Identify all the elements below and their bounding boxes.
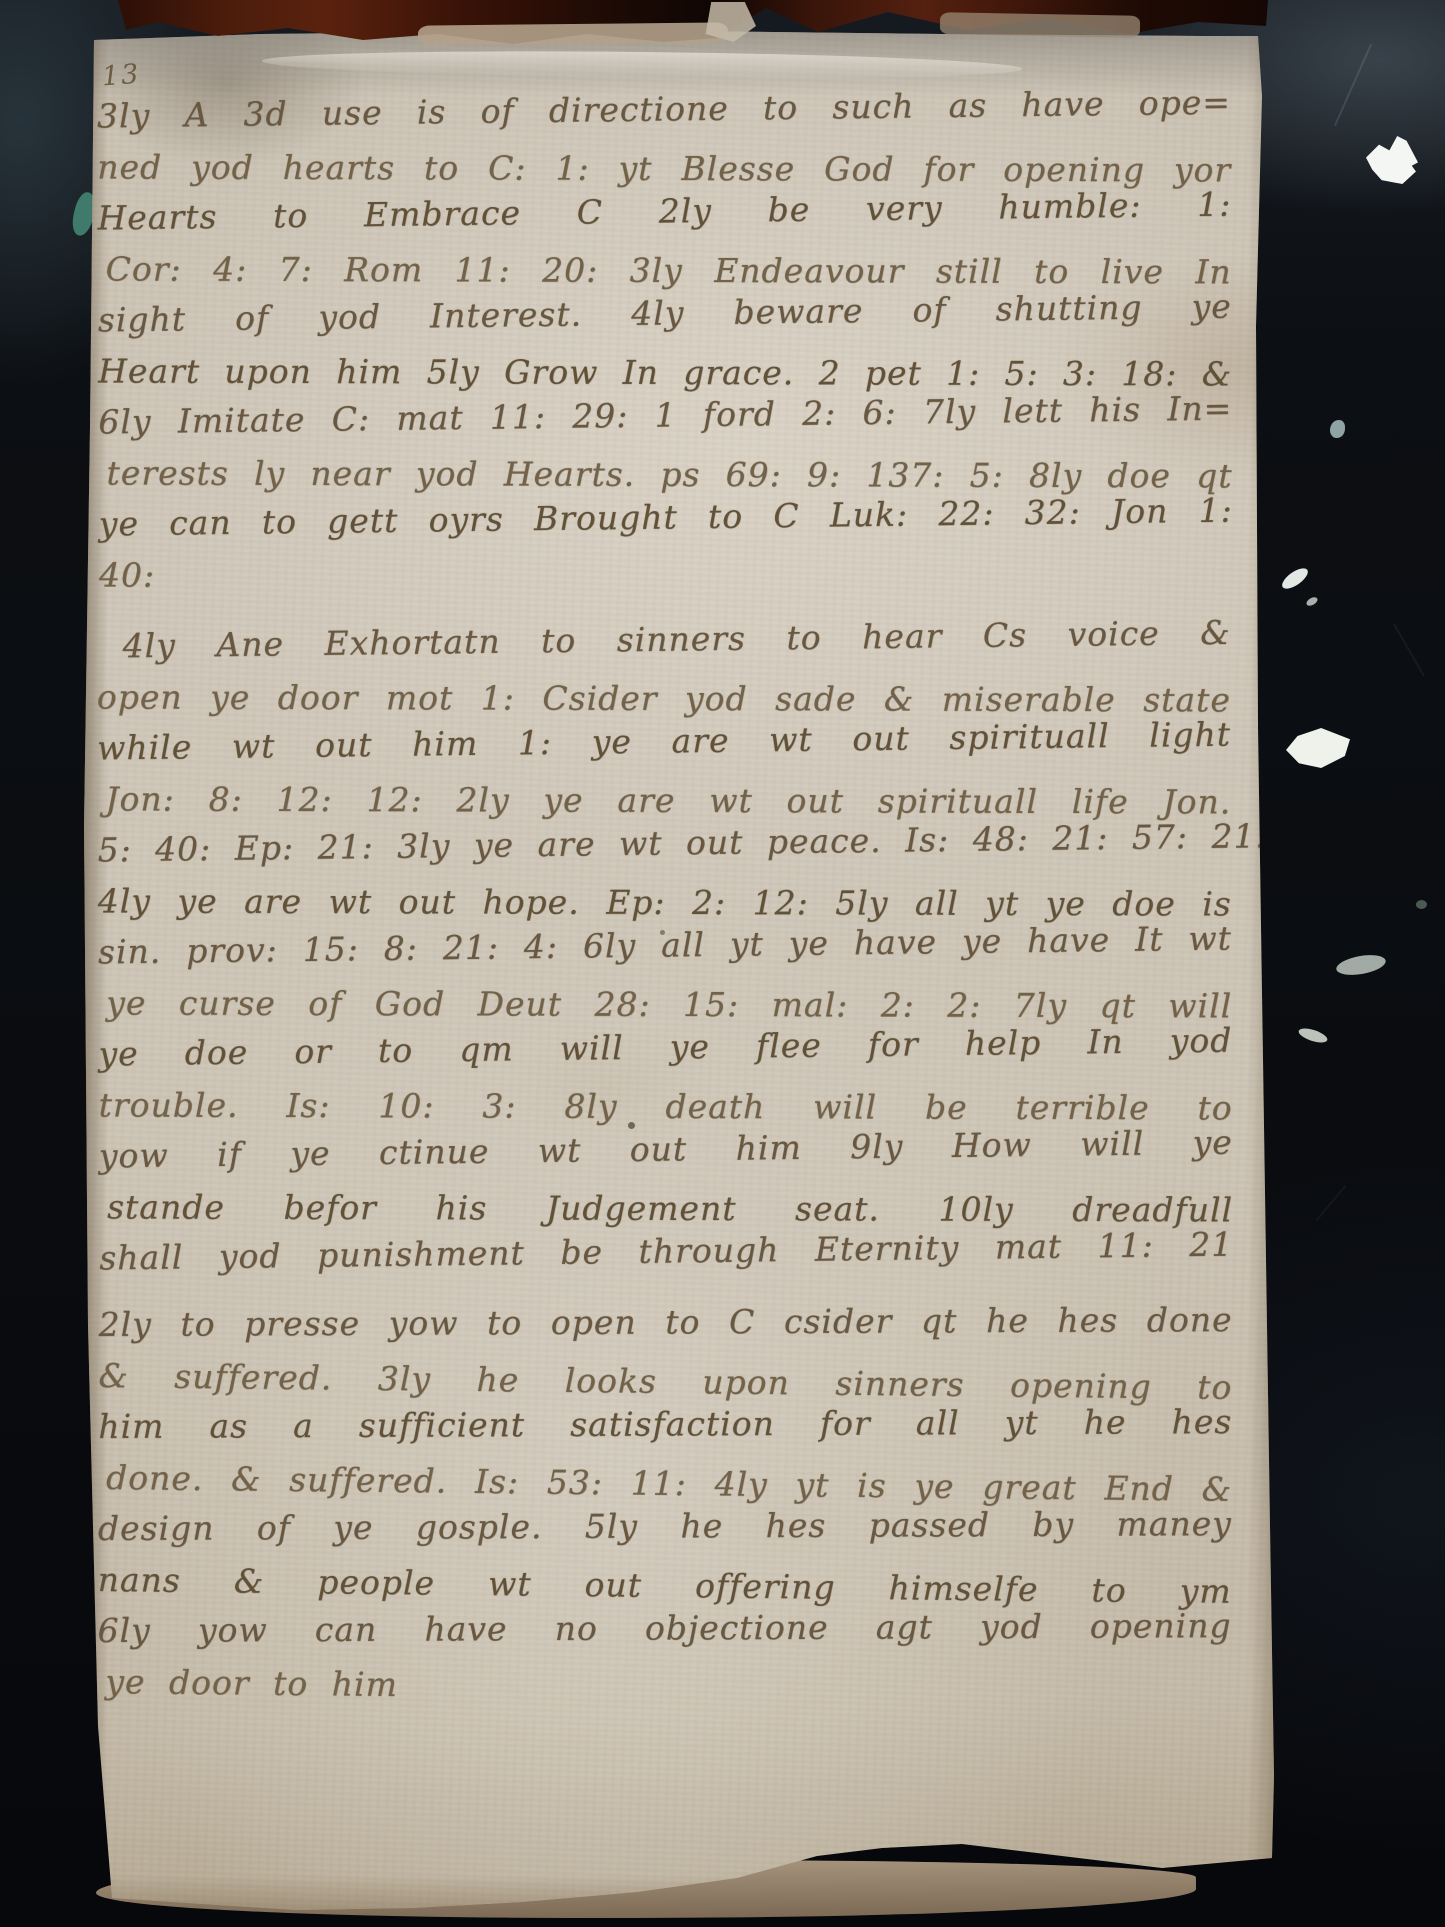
manuscript-text: 3ly A 3d use is of directione to such as…	[98, 88, 1232, 1727]
manuscript-line: ye door to him	[105, 1656, 1231, 1719]
paint-speck	[1416, 900, 1427, 909]
manuscript-line: him as a sufficient satisfaction for all…	[98, 1396, 1232, 1452]
manuscript-line: 4ly Ane Exhortatn to sinners to hear Cs …	[122, 607, 1231, 672]
binding-paper-fragment	[418, 22, 728, 45]
manuscript-line: 2ly to presse yow to open to C csider qt…	[99, 1294, 1233, 1350]
manuscript-line: 40:	[99, 549, 1233, 603]
backdrop-scratch	[1334, 43, 1372, 126]
manuscript-page: 13 3ly A 3d use is of directione to such…	[82, 26, 1278, 1921]
binding-paper-fragment	[940, 12, 1140, 37]
manuscript-paragraph: 2ly to presse yow to open to C csider qt…	[97, 1299, 1232, 1711]
manuscript-paragraph: 4ly Ane Exhortatn to sinners to hear Cs …	[97, 616, 1234, 1284]
manuscript-line: design of ye gosple. 5ly he hes passed b…	[98, 1498, 1232, 1554]
photograph-canvas: { "page_meta": { "page_number": "13" }, …	[0, 0, 1445, 1927]
manuscript-paragraph: 3ly A 3d use is of directione to such as…	[97, 86, 1233, 601]
backdrop-scratch	[1315, 1185, 1346, 1222]
backdrop-scratch	[1393, 624, 1425, 677]
manuscript-line: 6ly yow can have no objectione agt yod o…	[97, 1600, 1231, 1656]
